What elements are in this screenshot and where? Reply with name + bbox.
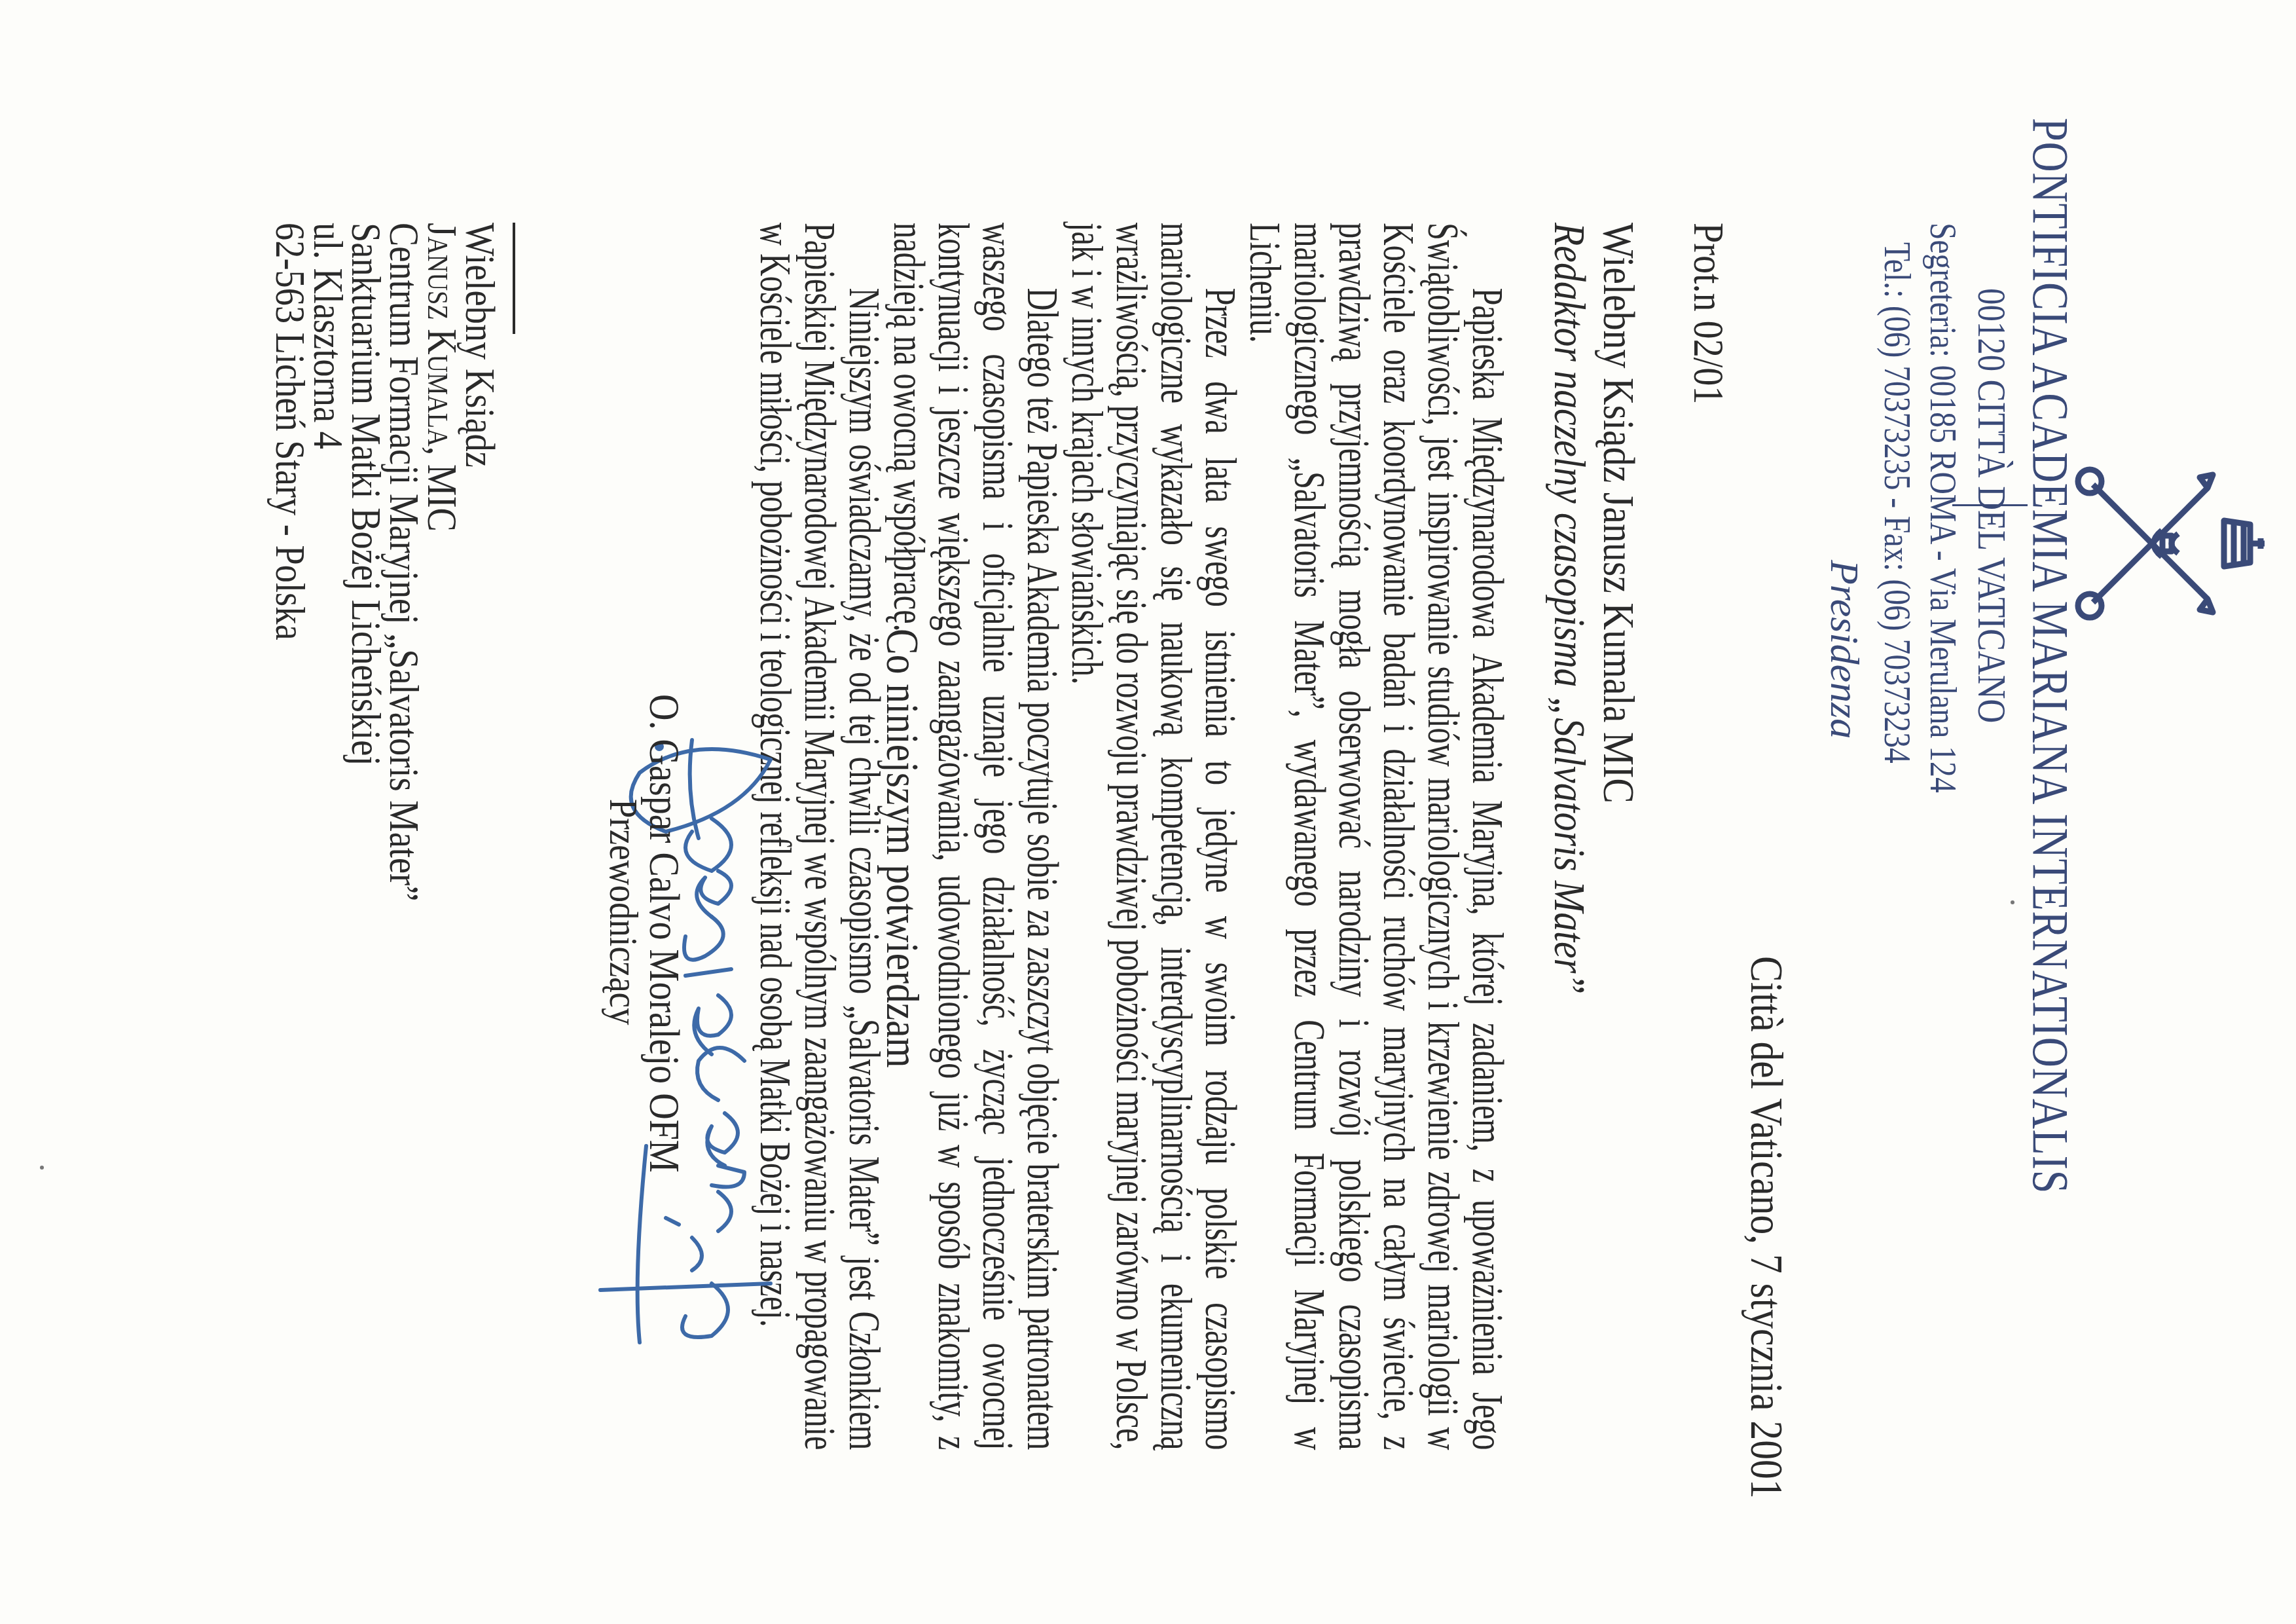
letterhead-office: Presidenza <box>1821 560 1867 739</box>
body-paragraph: Papieska Międzynarodowa Akademia Maryjna… <box>1243 223 1510 1450</box>
addressee-title: Redaktor naczelny czasopisma „Salvatoris… <box>1544 223 1595 994</box>
protocol-number: Prot.n 02/01 <box>1683 223 1733 404</box>
letter-body: Papieska Międzynarodowa Akademia Maryjna… <box>754 223 1510 1450</box>
recipient-line: Janusz Kumala, MIC <box>423 223 461 901</box>
recipient-divider <box>513 223 515 334</box>
letterhead-phone-fax: Tel.: (06) 70373235 - Fax: (06) 70373234 <box>1876 242 1920 764</box>
body-paragraph: Przez dwa lata swego istnienia to jedyne… <box>1065 223 1243 1450</box>
organization-name: PONTIFICIA ACADEMIA MARIANA INTERNATIONA… <box>2021 118 2080 1194</box>
recipient-line: Centrum Formacji Maryjnej „Salvatoris Ma… <box>385 223 423 901</box>
letter-date: Città del Vaticano, 7 stycznia 2001 <box>1740 956 1792 1498</box>
recipient-line: Wielebny Ksiądz <box>461 223 499 901</box>
scan-speck <box>40 1166 44 1170</box>
letter-page: PONTIFICIA ACADEMIA MARIANA INTERNATIONA… <box>0 0 2296 1624</box>
recipient-line: ul. Klasztorna 4 <box>309 223 347 901</box>
closing-line: Co niniejszym potwierdzam <box>875 629 928 1068</box>
signer-title: Przewodniczący <box>600 799 646 1025</box>
recipient-line: Sanktuarium Matki Bożej Licheńskiej <box>347 223 385 901</box>
papal-emblem-icon <box>2073 458 2270 629</box>
addressee-name: Wielebny Ksiądz Janusz Kumala MIC <box>1593 223 1645 803</box>
letterhead-secretariat: Segreteria: 00185 ROMA - Via Merulana 12… <box>1922 223 1965 793</box>
recipient-line: 62-563 Licheń Stary - Polska <box>271 223 309 901</box>
signer-name: O. Gaspar Calvo Moralejo OFM <box>639 694 689 1173</box>
recipient-address-block: Wielebny Ksiądz Janusz Kumala, MIC Centr… <box>271 223 499 901</box>
scan-speck <box>2011 900 2014 904</box>
letterhead-city: 00120 CITTÀ DEL VATICANO <box>1968 288 2014 723</box>
